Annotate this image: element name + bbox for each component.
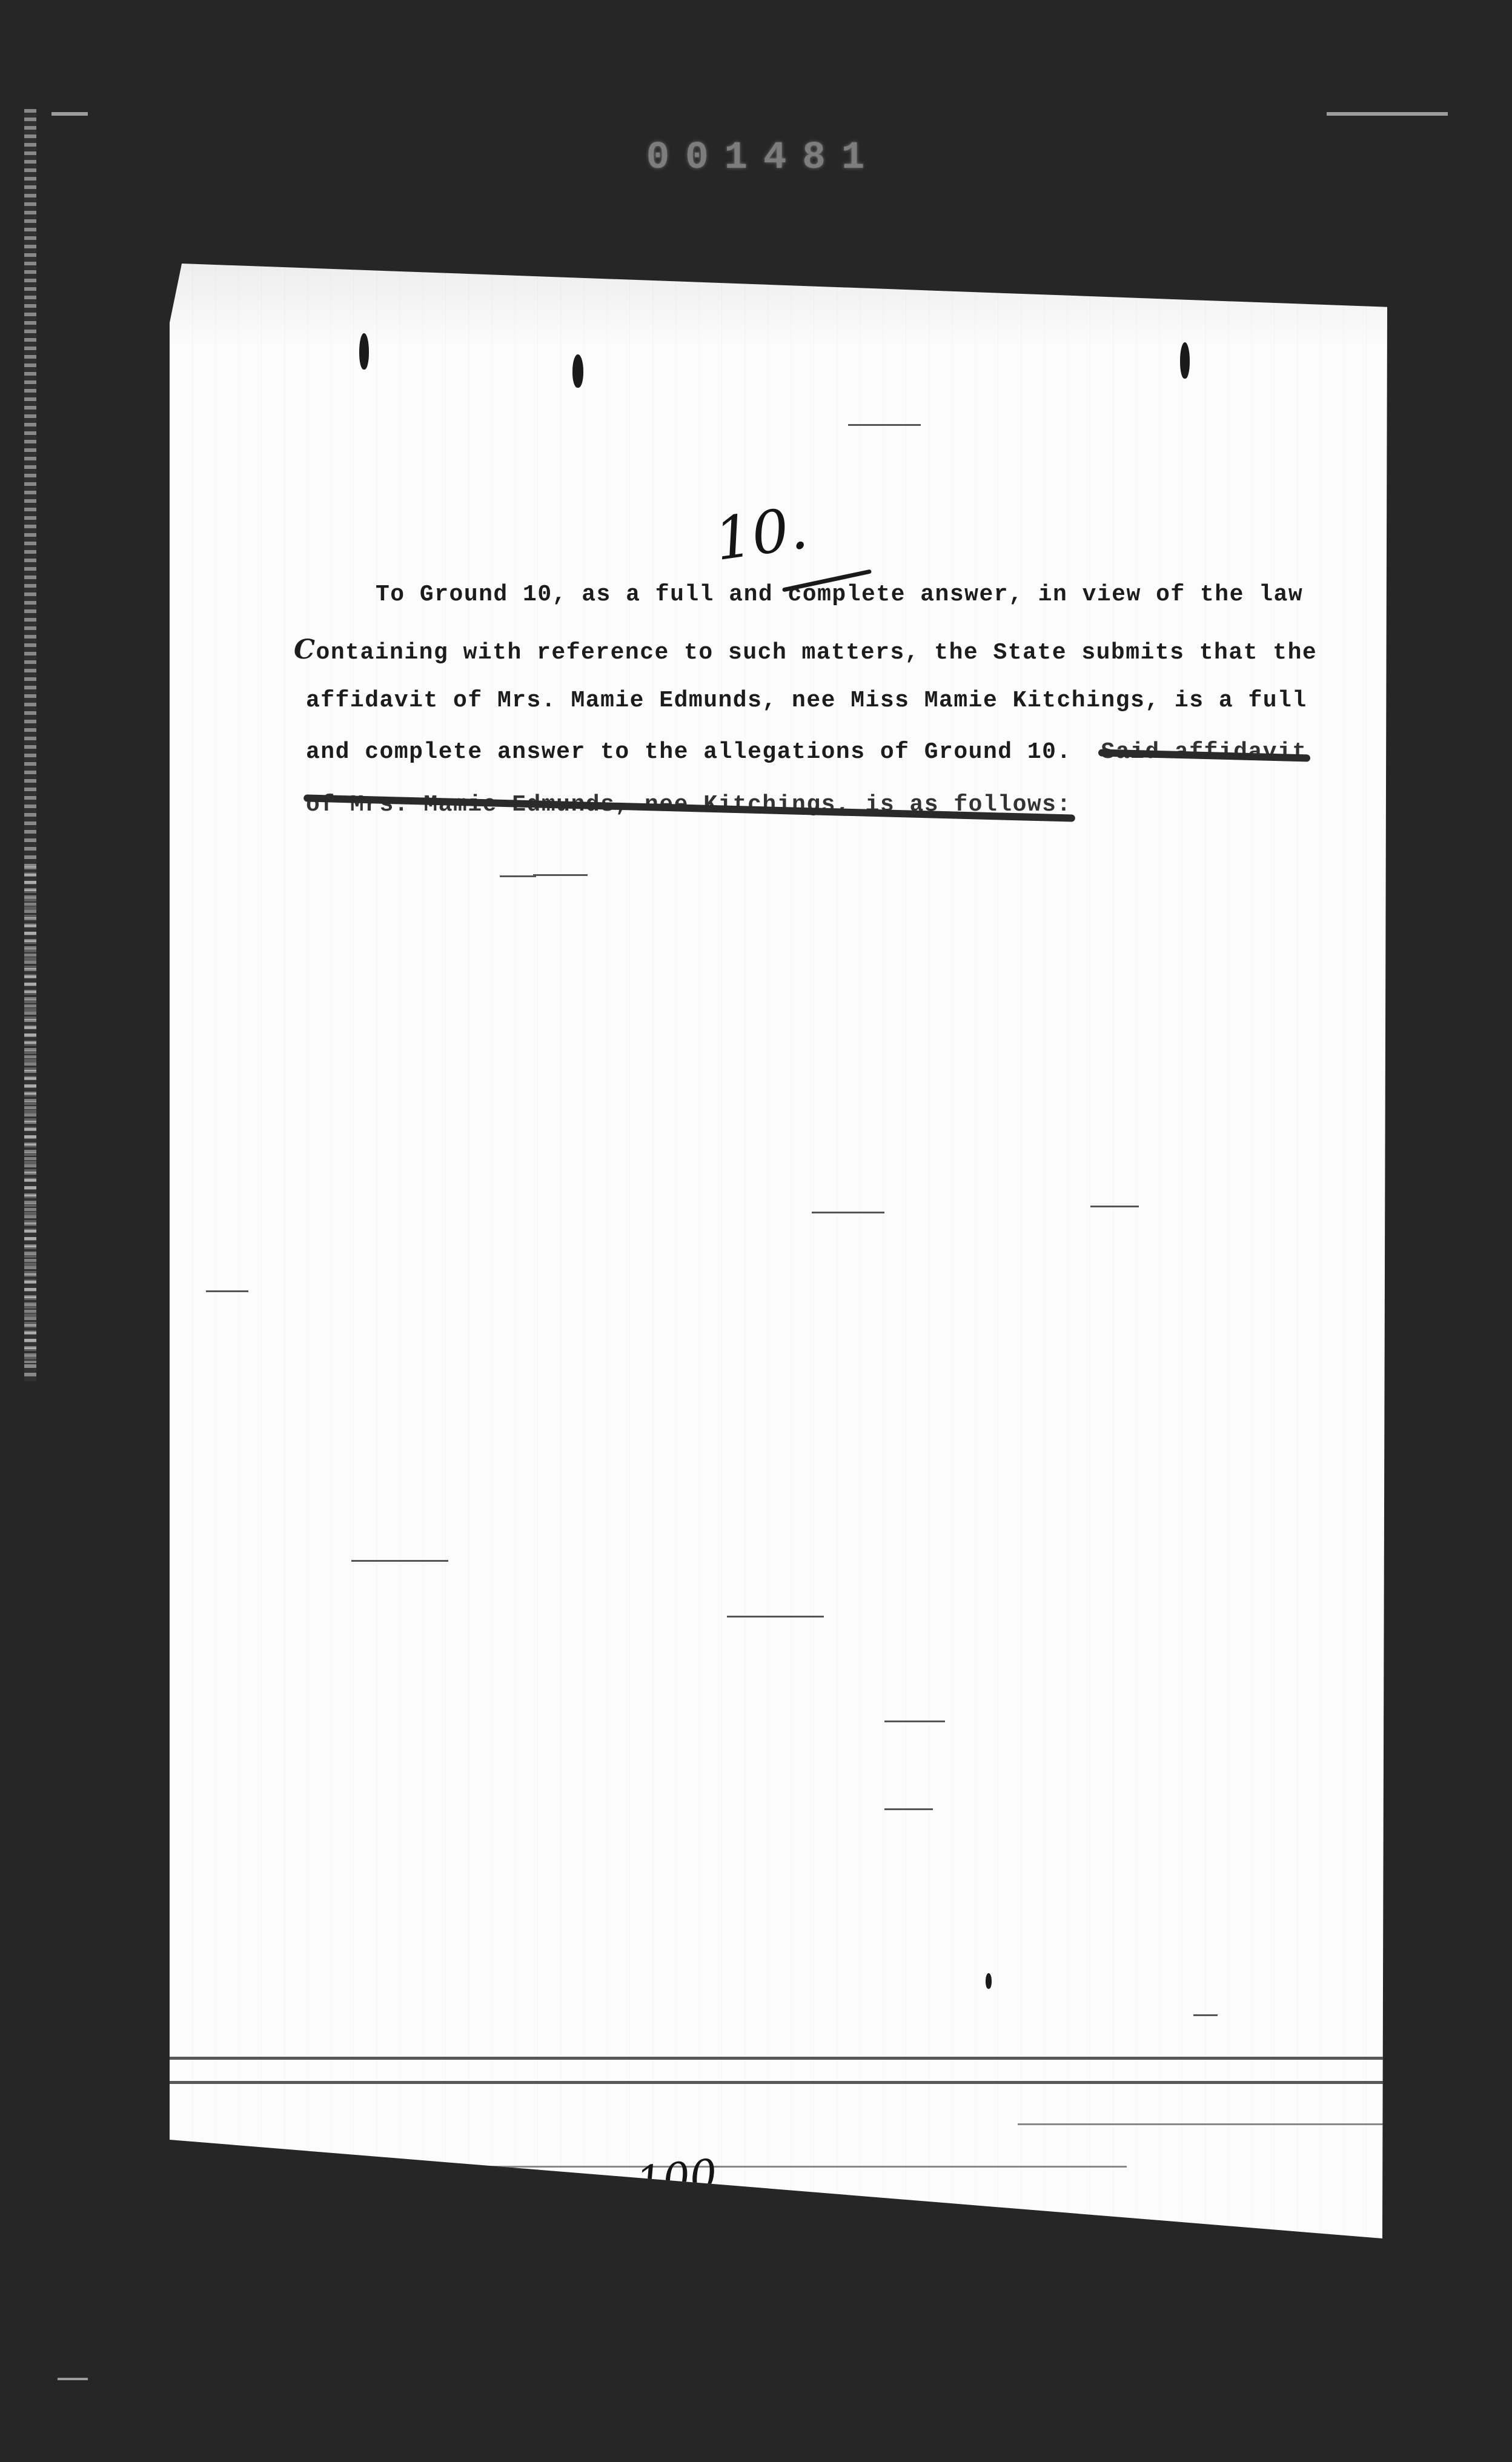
body-line-1: To Ground 10, as a full and complete ans… [376, 582, 1303, 608]
stray-mark [1193, 2014, 1218, 2016]
film-scratch-line [170, 2081, 1387, 2084]
stray-mark [884, 1720, 945, 1722]
ink-blot [986, 1973, 992, 1989]
body-line-5-struck: of Mrs. Mamie Edmunds, nee Kitchings, is… [306, 792, 1072, 818]
film-corner-mark [1327, 112, 1448, 116]
film-sprocket-edge [24, 866, 36, 1363]
body-line-4: and complete answer to the allegations o… [306, 739, 1307, 765]
handwritten-capital: C [294, 634, 316, 665]
stray-mark [848, 424, 921, 426]
stray-mark [727, 1616, 824, 1618]
stray-mark [884, 1808, 933, 1810]
struck-text: of Mrs. Mamie Edmunds, nee Kitchings, is… [306, 792, 1072, 818]
ink-blot [359, 333, 369, 370]
ink-blot [1180, 342, 1190, 379]
struck-text: Said affidavit [1101, 739, 1307, 765]
film-scratch-line [1018, 2123, 1387, 2125]
film-scratch-line [170, 2057, 1387, 2060]
document-page: 10. To Ground 10, as a full and complete… [170, 264, 1387, 2238]
film-corner-mark [51, 112, 88, 116]
body-line-3: affidavit of Mrs. Mamie Edmunds, nee Mis… [306, 688, 1307, 714]
film-corner-mark [58, 2378, 88, 2380]
microfilm-frame-number: 001481 [636, 136, 890, 179]
body-line-2: Containing with reference to such matter… [294, 634, 1317, 666]
stray-mark [206, 1290, 248, 1292]
stray-mark [533, 874, 588, 876]
stray-mark [1090, 1206, 1139, 1207]
ink-blot [572, 354, 583, 388]
section-number: 10. [711, 494, 812, 574]
page-number: 100 [634, 2149, 719, 2208]
stray-mark [351, 1560, 448, 1562]
stray-mark [500, 875, 536, 877]
stray-mark [812, 1212, 884, 1213]
